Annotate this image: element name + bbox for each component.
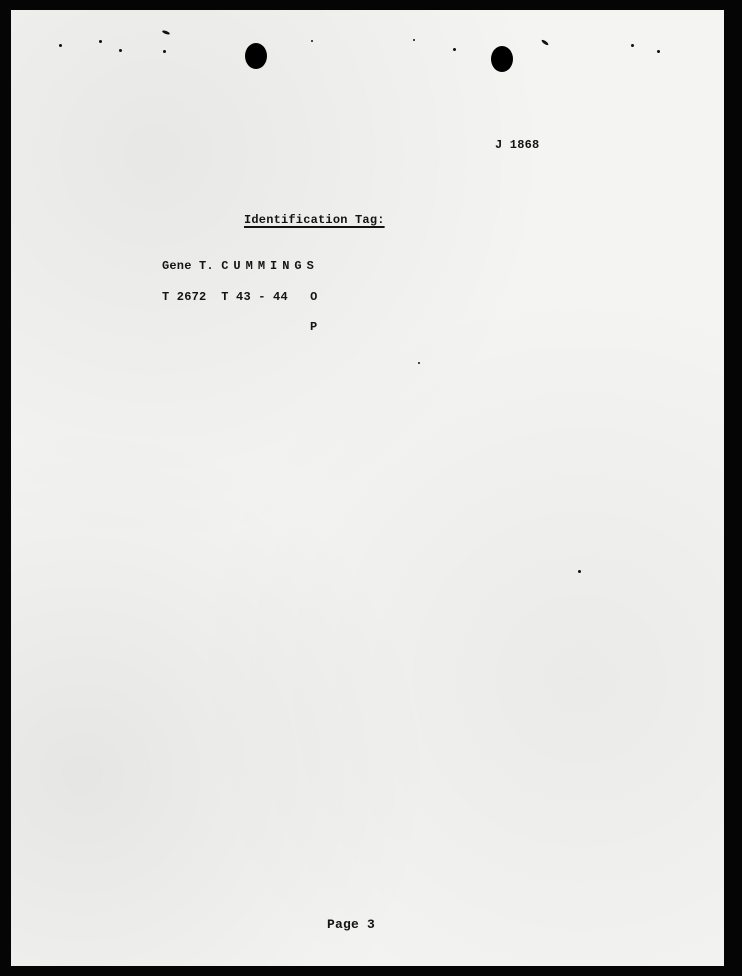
scan-speck	[311, 40, 313, 42]
scan-speck	[418, 362, 420, 364]
serial-number: T 2672	[162, 290, 206, 304]
scan-speck	[162, 30, 171, 36]
scan-speck	[657, 50, 660, 53]
blood-type: O	[310, 290, 317, 304]
tag-numbers-line: T 2672 T 43 - 44 O	[162, 290, 317, 304]
scan-speck	[453, 48, 456, 51]
punch-hole-right	[491, 46, 513, 72]
identification-tag-heading: Identification Tag:	[244, 213, 385, 227]
name-line: Gene T. CUMMINGS	[162, 259, 319, 273]
scan-speck	[413, 39, 415, 41]
surname: CUMMINGS	[221, 259, 319, 273]
document-code: J 1868	[495, 138, 539, 152]
scan-speck	[541, 39, 549, 46]
scan-speck	[163, 50, 166, 53]
religion-code: P	[310, 320, 317, 334]
page-number: Page 3	[327, 917, 375, 932]
scan-speck	[631, 44, 634, 47]
scan-speck	[99, 40, 102, 43]
scan-speck	[59, 44, 62, 47]
scan-speck	[578, 570, 581, 573]
scan-speck	[119, 49, 122, 52]
punch-hole-left	[245, 43, 267, 69]
document-page	[11, 10, 724, 966]
given-name: Gene T.	[162, 259, 214, 273]
tetanus-dates: T 43 - 44	[221, 290, 288, 304]
